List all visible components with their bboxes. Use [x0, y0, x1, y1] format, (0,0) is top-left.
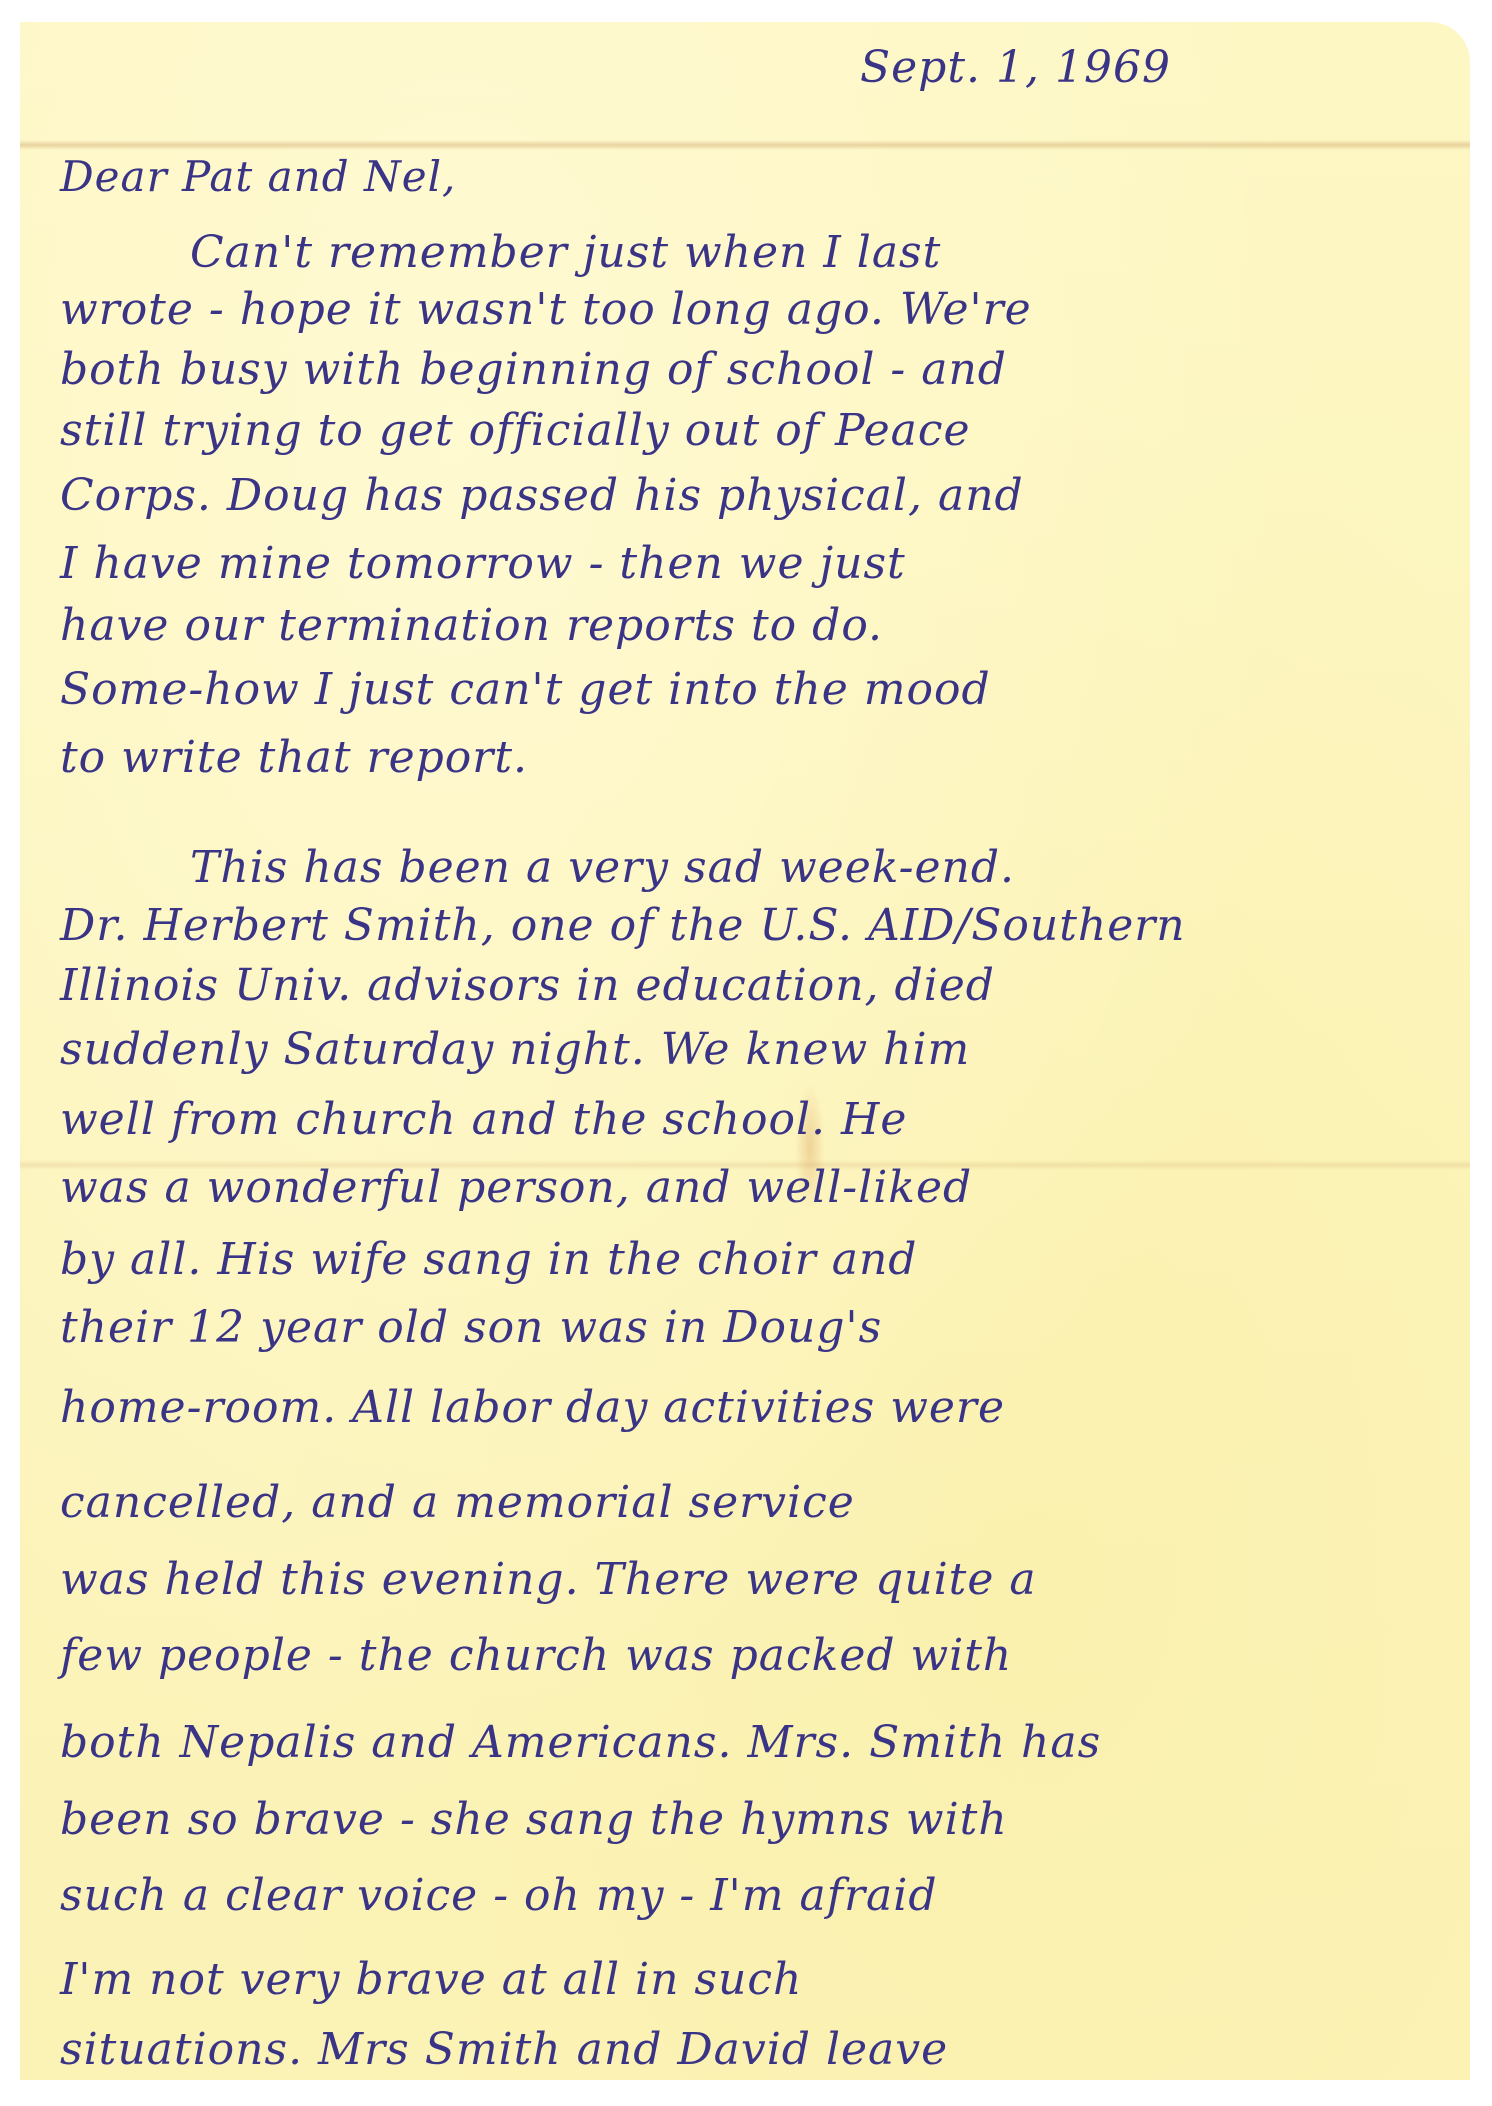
letter-line: Can't remember just when I last: [190, 227, 941, 278]
letter-line: been so brave - she sang the hymns with: [60, 1794, 1008, 1845]
letter-line: their 12 year old son was in Doug's: [60, 1302, 882, 1353]
paper-fold-crease: [20, 140, 1470, 150]
letter-line: situations. Mrs Smith and David leave: [60, 2024, 948, 2075]
letter-line: both busy with beginning of school - and: [60, 344, 1007, 395]
letter-line: such a clear voice - oh my - I'm afraid: [60, 1870, 938, 1921]
letter-line: well from church and the school. He: [60, 1094, 907, 1145]
letter-salutation: Dear Pat and Nel,: [60, 152, 456, 201]
letter-line: have our termination reports to do.: [60, 600, 883, 651]
letter-line: I'm not very brave at all in such: [60, 1954, 802, 2005]
letter-line: to write that report.: [60, 732, 528, 783]
letter-line: was a wonderful person, and well-liked: [60, 1162, 972, 1213]
letter-line: was held this evening. There were quite …: [60, 1554, 1037, 1605]
letter-line: suddenly Saturday night. We knew him: [60, 1024, 970, 1075]
letter-line: both Nepalis and Americans. Mrs. Smith h…: [60, 1717, 1101, 1768]
letter-line: This has been a very sad week-end.: [190, 842, 1015, 893]
letter-line: Corps. Doug has passed his physical, and: [60, 470, 1024, 521]
letter-date: Sept. 1, 1969: [860, 42, 1171, 93]
letter-line: still trying to get officially out of Pe…: [60, 405, 971, 456]
letter-line: Some-how I just can't get into the mood: [60, 664, 991, 715]
letter-line: Illinois Univ. advisors in education, di…: [60, 960, 995, 1011]
letter-line: home-room. All labor day activities were: [60, 1382, 1005, 1433]
letter-line: Dr. Herbert Smith, one of the U.S. AID/S…: [60, 900, 1186, 951]
letter-line: by all. His wife sang in the choir and: [60, 1234, 917, 1285]
letter-line: cancelled, and a memorial service: [60, 1477, 855, 1528]
letter-line: few people - the church was packed with: [60, 1630, 1012, 1681]
letter-line: I have mine tomorrow - then we just: [60, 538, 906, 589]
letter-paper: Sept. 1, 1969 Dear Pat and Nel, Can't re…: [20, 22, 1470, 2080]
letter-line: wrote - hope it wasn't too long ago. We'…: [60, 284, 1032, 335]
